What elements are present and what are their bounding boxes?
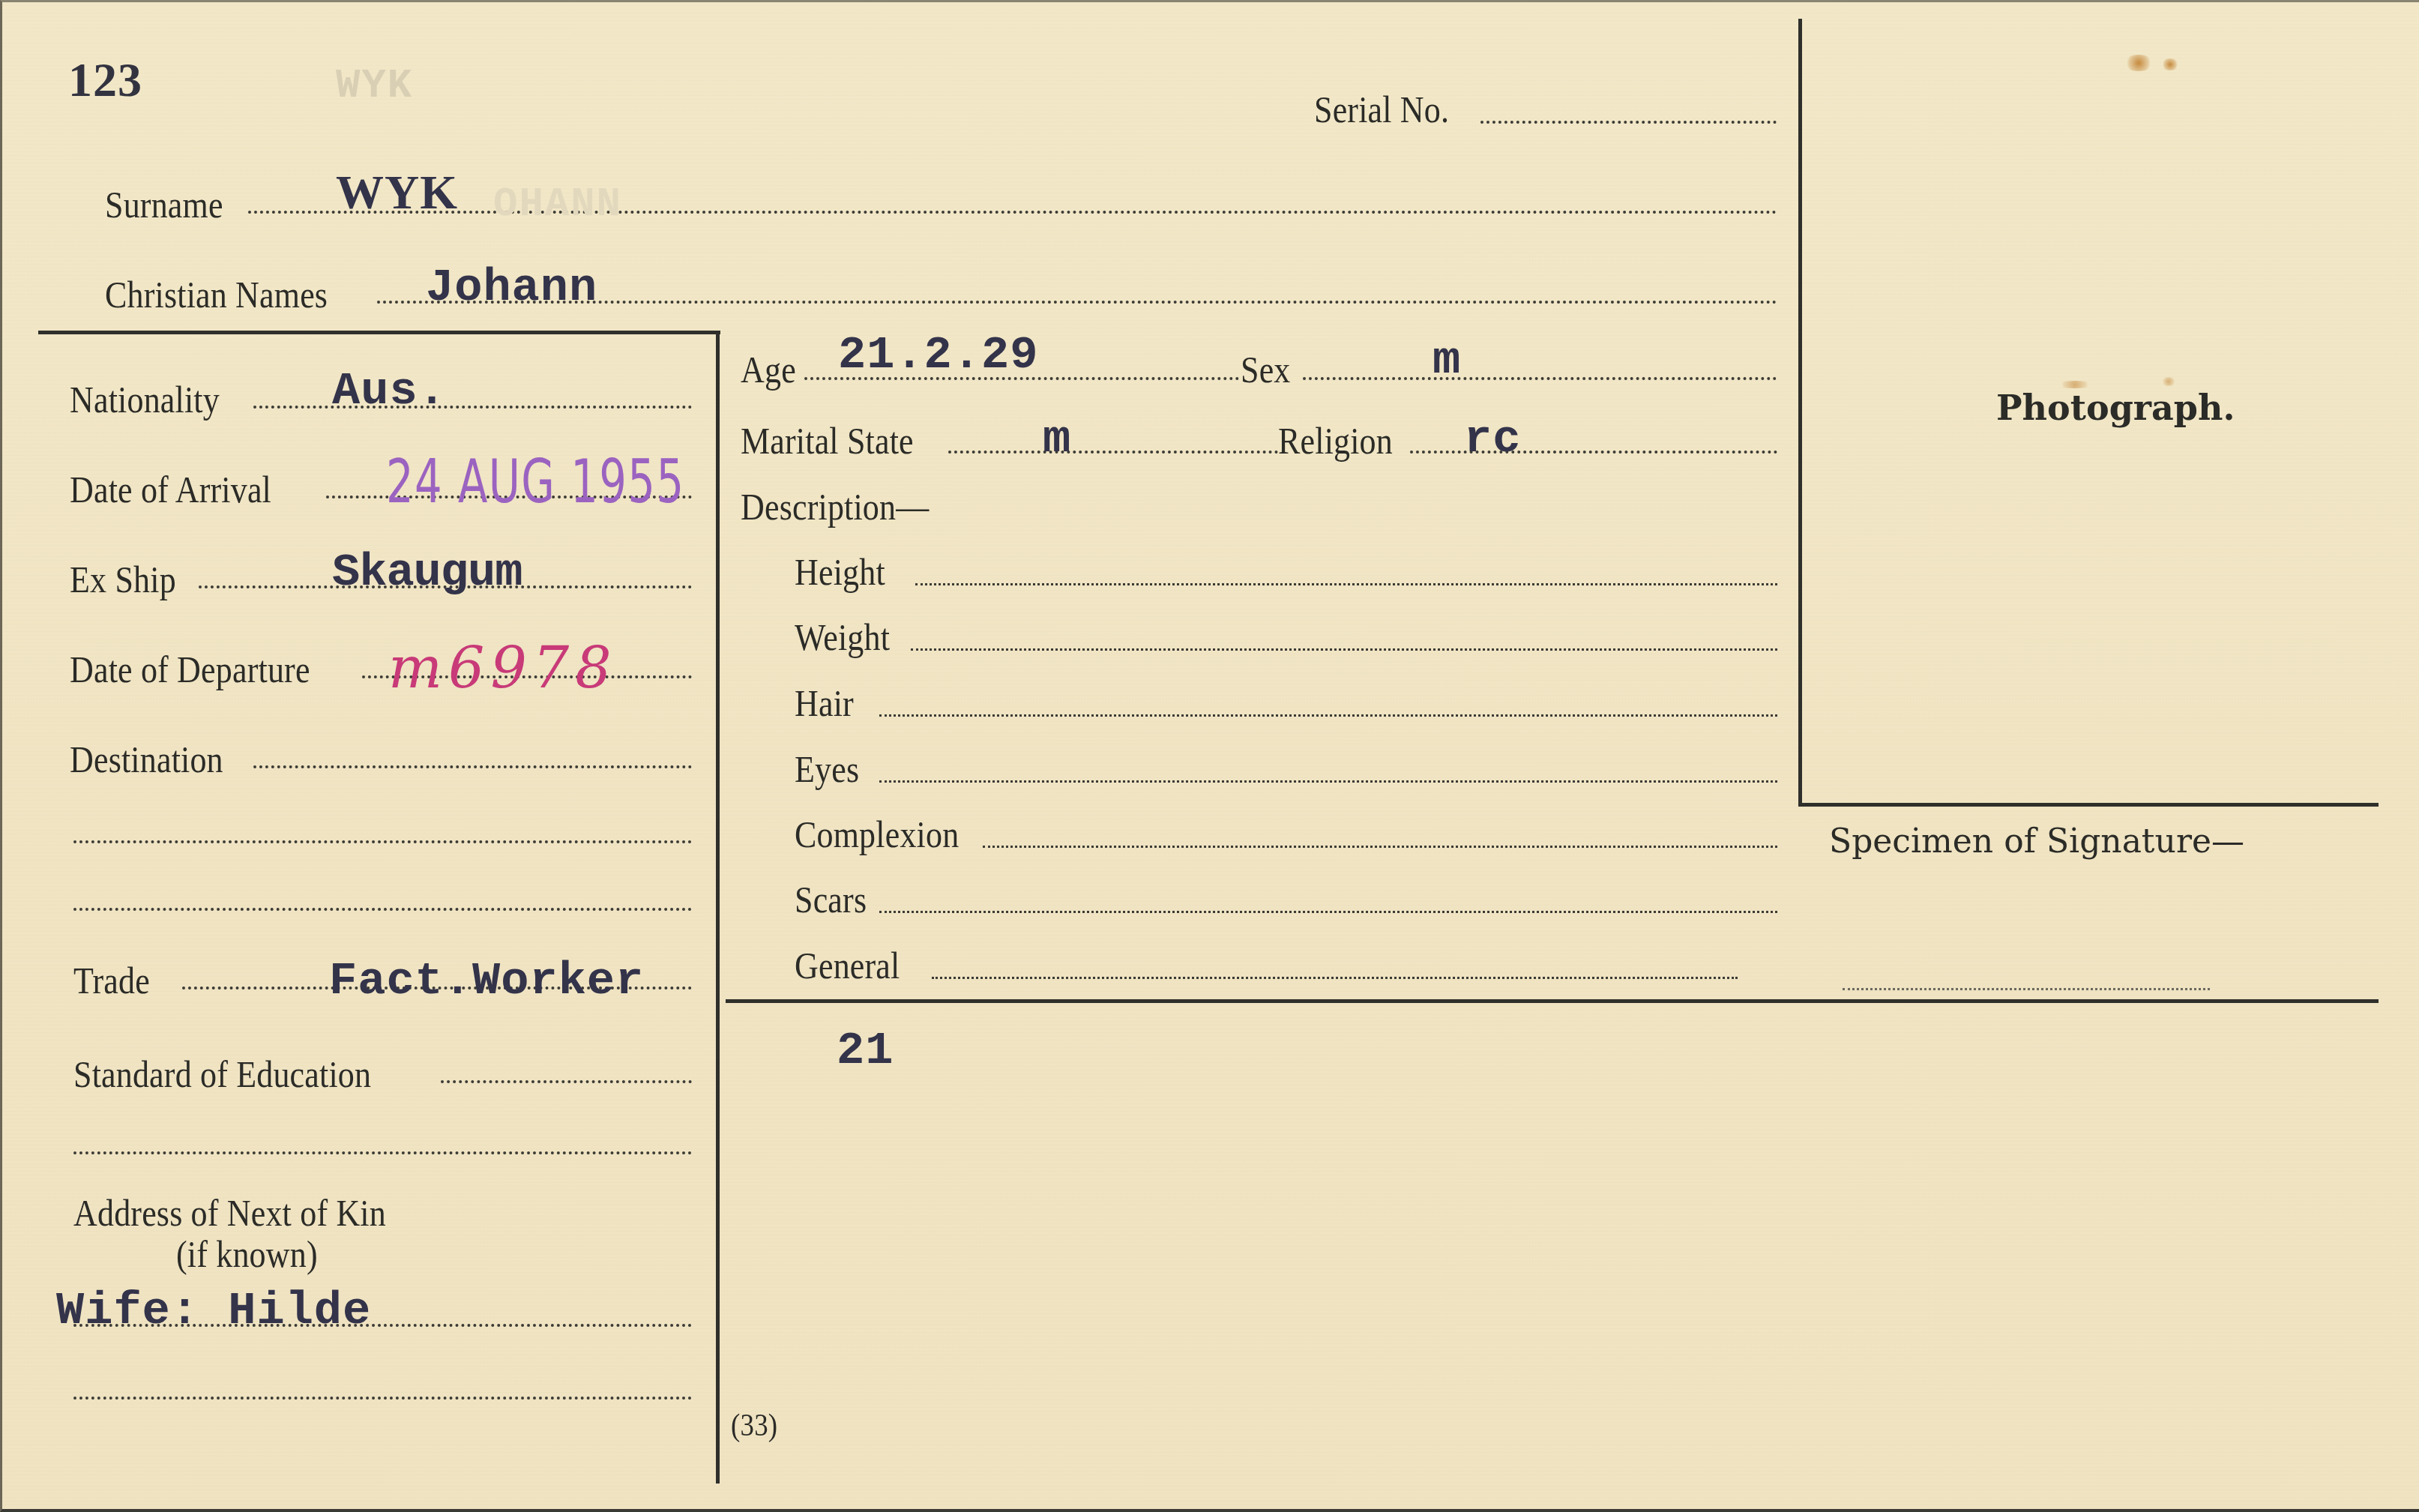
next-of-kin-label: Address of Next of Kin [73,1194,386,1232]
serial-no-label: Serial No. [1314,91,1449,128]
eyes-label: Eyes [795,750,859,788]
left-box-top-rule [38,331,720,334]
height-field[interactable] [915,583,1777,585]
marital-state-field[interactable] [948,451,1278,454]
signature-field[interactable] [1843,988,2210,990]
height-label: Height [795,553,885,591]
left-column-divider [716,331,720,1484]
trade-value: Fact.Worker [329,958,644,1005]
religion-label: Religion [1278,422,1393,460]
faint-overprint: OHANN [493,182,622,228]
photo-box-bottom-rule [1798,803,2379,807]
destination-field-2[interactable] [73,840,692,843]
description-label: Description— [741,488,929,525]
photograph-area [1803,20,2379,803]
ex-ship-label: Ex Ship [70,561,176,598]
scars-field[interactable] [879,911,1777,913]
next-of-kin-field-2[interactable] [73,1397,692,1400]
destination-field-1[interactable] [253,765,692,768]
date-of-departure-handwritten: m6978 [388,639,617,696]
date-of-departure-label: Date of Departure [70,651,310,688]
serial-no-field[interactable] [1480,121,1777,124]
complexion-label: Complexion [795,816,959,853]
marital-state-label: Marital State [741,422,914,460]
immigration-record-card: 123 WYK Serial No. Surname WYK OHANN Chr… [0,0,2419,1512]
age-value: 21.2.29 [838,332,1038,379]
education-field-1[interactable] [441,1080,692,1083]
form-number: (33) [731,1410,777,1442]
nationality-field[interactable] [253,406,692,409]
hair-field[interactable] [879,714,1777,717]
surname-value: WYK [336,169,458,217]
christian-names-value: Johann [426,265,597,311]
signature-label: Specimen of Signature— [1829,825,2244,858]
description-bottom-rule [726,999,2379,1003]
education-field-2[interactable] [73,1151,692,1154]
marital-state-value: m [1043,416,1071,463]
next-of-kin-value: Wife: Hilde [56,1288,371,1334]
general-label: General [795,947,900,984]
scars-label: Scars [795,881,867,918]
religion-value: rc [1464,416,1521,463]
christian-names-label: Christian Names [105,276,328,313]
surname-field[interactable] [248,211,1777,214]
card-index-number: 123 [68,56,142,104]
lower-typed-note: 21 [837,1028,894,1074]
complexion-field[interactable] [983,846,1777,848]
hair-label: Hair [795,684,854,722]
destination-field-3[interactable] [73,908,692,911]
weight-field[interactable] [911,648,1777,651]
weight-label: Weight [795,618,890,656]
nationality-value: Aus. [332,368,447,415]
age-label: Age [741,351,796,388]
photo-box-left-rule [1798,19,1802,806]
education-label: Standard of Education [73,1055,371,1093]
trade-label: Trade [73,962,150,999]
sex-value: m [1433,337,1461,384]
eyes-field[interactable] [879,780,1777,783]
surname-label: Surname [105,186,223,223]
next-of-kin-sublabel: (if known) [176,1235,318,1273]
nationality-label: Nationality [70,381,220,418]
faint-stamp-mark: WYK [336,64,413,109]
sex-label: Sex [1241,351,1291,388]
destination-label: Destination [70,741,223,778]
date-of-arrival-stamp: 24 AUG 1955 [386,452,685,512]
date-of-arrival-label: Date of Arrival [70,471,271,508]
sex-field[interactable] [1303,377,1777,380]
ex-ship-value: Skaugum [332,549,522,596]
general-field[interactable] [932,977,1738,979]
